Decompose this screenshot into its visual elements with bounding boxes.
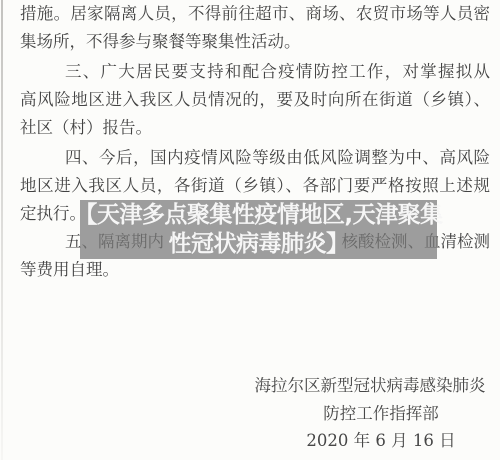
doc-line-3: 三、广大居民要支持和配合疫情防控工作，对掌握拟从中、 [20,58,490,86]
signature-org-line-1: 海拉尔区新型冠状病毒感染肺炎 [248,372,492,400]
scanned-notice-page: 措施。居家隔离人员，不得前往超市、商场、农贸市场等人员密集场所，不得参与聚餐等聚… [0,0,500,460]
signature-org-line-2: 防控工作指挥部 [259,400,500,428]
signature-block: 海拉尔区新型冠状病毒感染肺炎 防控工作指挥部 2020 年 6 月 16 日 [248,372,492,455]
doc-line-1: 措施。居家隔离人员，不得前往超市、商场、农贸市场等人员密 [20,0,490,28]
doc-line-2: 集场所，不得参与聚餐等聚集性活动。 [20,28,490,56]
page-left-scan-edge [1,0,3,460]
doc-line-5: 社区（村）报告。 [20,114,490,142]
doc-line-10: 等费用自理。 [20,256,490,284]
doc-line-4: 高风险地区进入我区人员情况的，要及时向所在街道（乡镇）、 [20,86,490,114]
caption-overlay-band: 【天津多点聚集性疫情地区,天津聚集 性冠状病毒肺炎】 [80,200,437,259]
caption-overlay-line-1: 【天津多点聚集性疫情地区,天津聚集 [74,201,442,230]
doc-line-6: 四、今后，国内疫情风险等级由低风险调整为中、高风险 [20,144,490,172]
caption-overlay-line-2: 性冠状病毒肺炎】 [169,230,349,259]
signature-date: 2020 年 6 月 16 日 [259,427,500,455]
doc-line-7: 地区进入我区人员，各街道（乡镇）、各部门要严格按照上述规 [20,172,490,200]
